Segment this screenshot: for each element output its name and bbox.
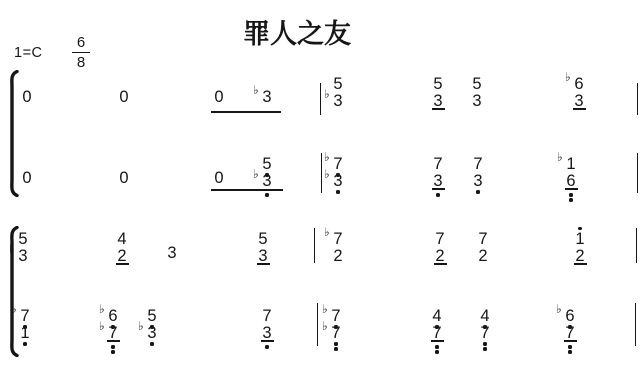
octave-dot-below [265,345,268,348]
note: ♭7 [329,308,343,325]
note: 1 [573,231,587,248]
chord-token: 42 [115,231,129,265]
note: ♭7 [18,308,32,325]
jianpu-digit: 7 [473,156,482,173]
note: 3 [256,248,270,265]
eighth-underline [573,108,586,110]
beam-line [211,111,281,113]
octave-dot-below [334,347,337,350]
octave-dot-below [111,350,114,353]
page-title: 罪人之友 [0,12,594,51]
chord-token: 53 [470,76,484,110]
note: 2 [573,248,587,265]
note: 4 [430,308,444,325]
flat-icon: ♭ [324,226,330,238]
note-token: 0 [117,170,131,187]
jianpu-digit: 4 [480,308,489,325]
jianpu-digit: 6 [565,308,574,325]
jianpu-digit: 5 [472,76,481,93]
chord-token: ♭63 [572,76,586,110]
chord-token: 73 [431,156,445,190]
note: 5 [260,156,274,173]
jianpu-digit: 2 [478,248,487,265]
chord-token: ♭6♭7 [106,308,120,342]
jianpu-digit: 7 [480,325,489,342]
note: 7 [433,231,447,248]
eighth-underline [107,340,120,342]
jianpu-digit: 6 [108,308,117,325]
jianpu-digit: 3 [167,245,176,262]
note: ♭3 [145,325,159,342]
score-page: 1=C 6 8 罪人之友 000♭35♭35353♭630005♭3♭7♭373… [0,0,642,368]
jianpu-digit: 7 [433,156,442,173]
jianpu-digit: 3 [262,173,271,190]
chord-token: 12 [573,231,587,265]
chord-token: 53 [431,76,445,110]
octave-dot-below [569,193,572,196]
chord-token: 5♭3 [16,231,30,265]
jianpu-digit: 7 [262,308,271,325]
eighth-underline [432,108,445,110]
octave-dot-below [111,345,114,348]
note: ♭3 [331,93,345,110]
flat-icon: ♭ [253,168,259,180]
jianpu-digit: 1 [566,156,575,173]
octave-dot-below [568,345,571,348]
jianpu-digit: 0 [214,170,223,187]
octave-dot-below [483,347,486,350]
barline [321,153,322,193]
note: ♭6 [106,308,120,325]
note: 5 [145,308,159,325]
note: 3 [431,173,445,190]
eighth-underline [434,263,447,265]
note: 0 [117,170,131,187]
octave-dot-below [150,342,153,345]
note: 0 [117,89,131,106]
octave-dot-below [334,342,337,345]
jianpu-digit: 0 [214,89,223,106]
eighth-underline [116,263,129,265]
note: 1 [18,325,32,342]
jianpu-digit: 7 [331,308,340,325]
note: 7 [431,156,445,173]
jianpu-digit: 6 [574,76,583,93]
note: 3 [165,245,179,262]
flat-icon: ♭ [557,151,563,163]
barline [317,303,318,346]
note: 0 [212,170,226,187]
chord-token: 47 [478,308,492,342]
eighth-underline [431,340,444,342]
chord-token: ♭72 [331,231,345,265]
jianpu-digit: 3 [262,89,271,106]
note: 2 [331,248,345,265]
octave-dot-below [436,193,439,196]
note: 0 [20,170,34,187]
chord-token: 5♭3 [331,76,345,110]
jianpu-digit: 5 [433,76,442,93]
flat-icon: ♭ [322,303,328,315]
eighth-underline [564,340,577,342]
note: ♭7 [106,325,120,342]
chord-token: ♭71 [18,308,32,342]
chord-token: 5♭3 [145,308,159,342]
note-token: 0 [212,89,226,106]
chord-token: ♭7♭3 [331,156,345,190]
flat-icon: ♭ [99,303,105,315]
note: 3 [431,93,445,110]
beam-line [211,189,283,191]
note: 2 [433,248,447,265]
octave-dot-below [336,190,339,193]
note: 7 [471,156,485,173]
octave-dot-below [435,345,438,348]
flat-icon: ♭ [138,320,144,332]
octave-dot-below [435,350,438,353]
note: 3 [470,93,484,110]
jianpu-digit: 0 [119,89,128,106]
barline [314,228,315,263]
note-token: 0 [20,170,34,187]
chord-token: ♭16 [564,156,578,190]
jianpu-digit: 5 [333,76,342,93]
note: 4 [478,308,492,325]
note: 7 [430,325,444,342]
note: 7 [563,325,577,342]
note: 7 [476,231,490,248]
note: 6 [564,173,578,190]
chord-token: 47 [430,308,444,342]
chord-token: ♭67 [563,308,577,342]
note-token: 0 [20,89,34,106]
jianpu-digit: 3 [147,325,156,342]
eighth-underline [257,263,270,265]
flat-icon: ♭ [322,320,328,332]
barline [637,153,638,193]
note: 7 [260,308,274,325]
jianpu-digit: 5 [262,156,271,173]
chord-token: 5♭3 [260,156,274,190]
jianpu-digit: 3 [333,93,342,110]
jianpu-digit: 4 [117,231,126,248]
note: 4 [115,231,129,248]
note: 5 [470,76,484,93]
flat-icon: ♭ [99,320,105,332]
note: 5 [256,231,270,248]
note: ♭7 [329,325,343,342]
note: ♭1 [564,156,578,173]
time-signature-lower: 8 [72,53,90,71]
flat-icon: ♭ [11,303,17,315]
jianpu-digit: 7 [478,231,487,248]
barline [320,83,321,115]
jianpu-digit: 5 [147,308,156,325]
jianpu-digit: 4 [432,308,441,325]
jianpu-digit: 7 [331,325,340,342]
jianpu-digit: 7 [333,156,342,173]
jianpu-digit: 3 [473,173,482,190]
jianpu-digit: 0 [22,170,31,187]
eighth-underline [574,263,587,265]
note: 5 [331,76,345,93]
jianpu-digit: 3 [18,248,27,265]
chord-token: 73 [471,156,485,190]
note: ♭3 [16,248,30,265]
jianpu-digit: 7 [435,231,444,248]
octave-dot-below [483,342,486,345]
flat-icon: ♭ [253,84,259,96]
eighth-underline [261,340,274,342]
jianpu-digit: 5 [18,231,27,248]
flat-icon: ♭ [324,88,330,100]
note: 7 [478,325,492,342]
note: ♭6 [572,76,586,93]
chord-token: 53 [256,231,270,265]
jianpu-digit: 2 [333,248,342,265]
jianpu-digit: 0 [22,89,31,106]
note: ♭7 [331,231,345,248]
note: ♭3 [331,173,345,190]
eighth-underline [432,188,445,190]
note: ♭6 [563,308,577,325]
octave-dot-below [23,342,26,345]
jianpu-digit: 3 [472,93,481,110]
note-token: 0 [212,170,226,187]
note-token: ♭3 [260,89,274,106]
note: 0 [20,89,34,106]
chord-token: 73 [260,308,274,342]
jianpu-digit: 0 [119,170,128,187]
eighth-underline [565,188,578,190]
jianpu-digit: 7 [333,231,342,248]
jianpu-digit: 1 [575,231,584,248]
note: 3 [471,173,485,190]
note: 2 [476,248,490,265]
note: ♭3 [260,173,274,190]
octave-dot-above [578,227,581,230]
flat-icon: ♭ [9,243,15,255]
note: 3 [260,325,274,342]
note: 2 [115,248,129,265]
jianpu-digit: 5 [258,231,267,248]
jianpu-digit: 3 [333,173,342,190]
octave-dot-below [568,350,571,353]
note: 0 [212,89,226,106]
chord-token: ♭7♭7 [329,308,343,342]
barline [637,83,638,115]
chord-token: 72 [433,231,447,265]
barline [635,303,636,346]
note: ♭7 [331,156,345,173]
note: 3 [572,93,586,110]
note: 5 [431,76,445,93]
jianpu-digit: 1 [20,325,29,342]
note-token: 3 [165,245,179,262]
flat-icon: ♭ [565,71,571,83]
chord-token: 72 [476,231,490,265]
octave-dot-below [476,190,479,193]
note: 5 [16,231,30,248]
flat-icon: ♭ [324,151,330,163]
flat-icon: ♭ [556,303,562,315]
octave-dot-below [265,193,268,196]
note-token: 0 [117,89,131,106]
barline [636,228,637,263]
flat-icon: ♭ [324,168,330,180]
octave-dot-below [569,198,572,201]
note: ♭3 [260,89,274,106]
jianpu-digit: 7 [20,308,29,325]
